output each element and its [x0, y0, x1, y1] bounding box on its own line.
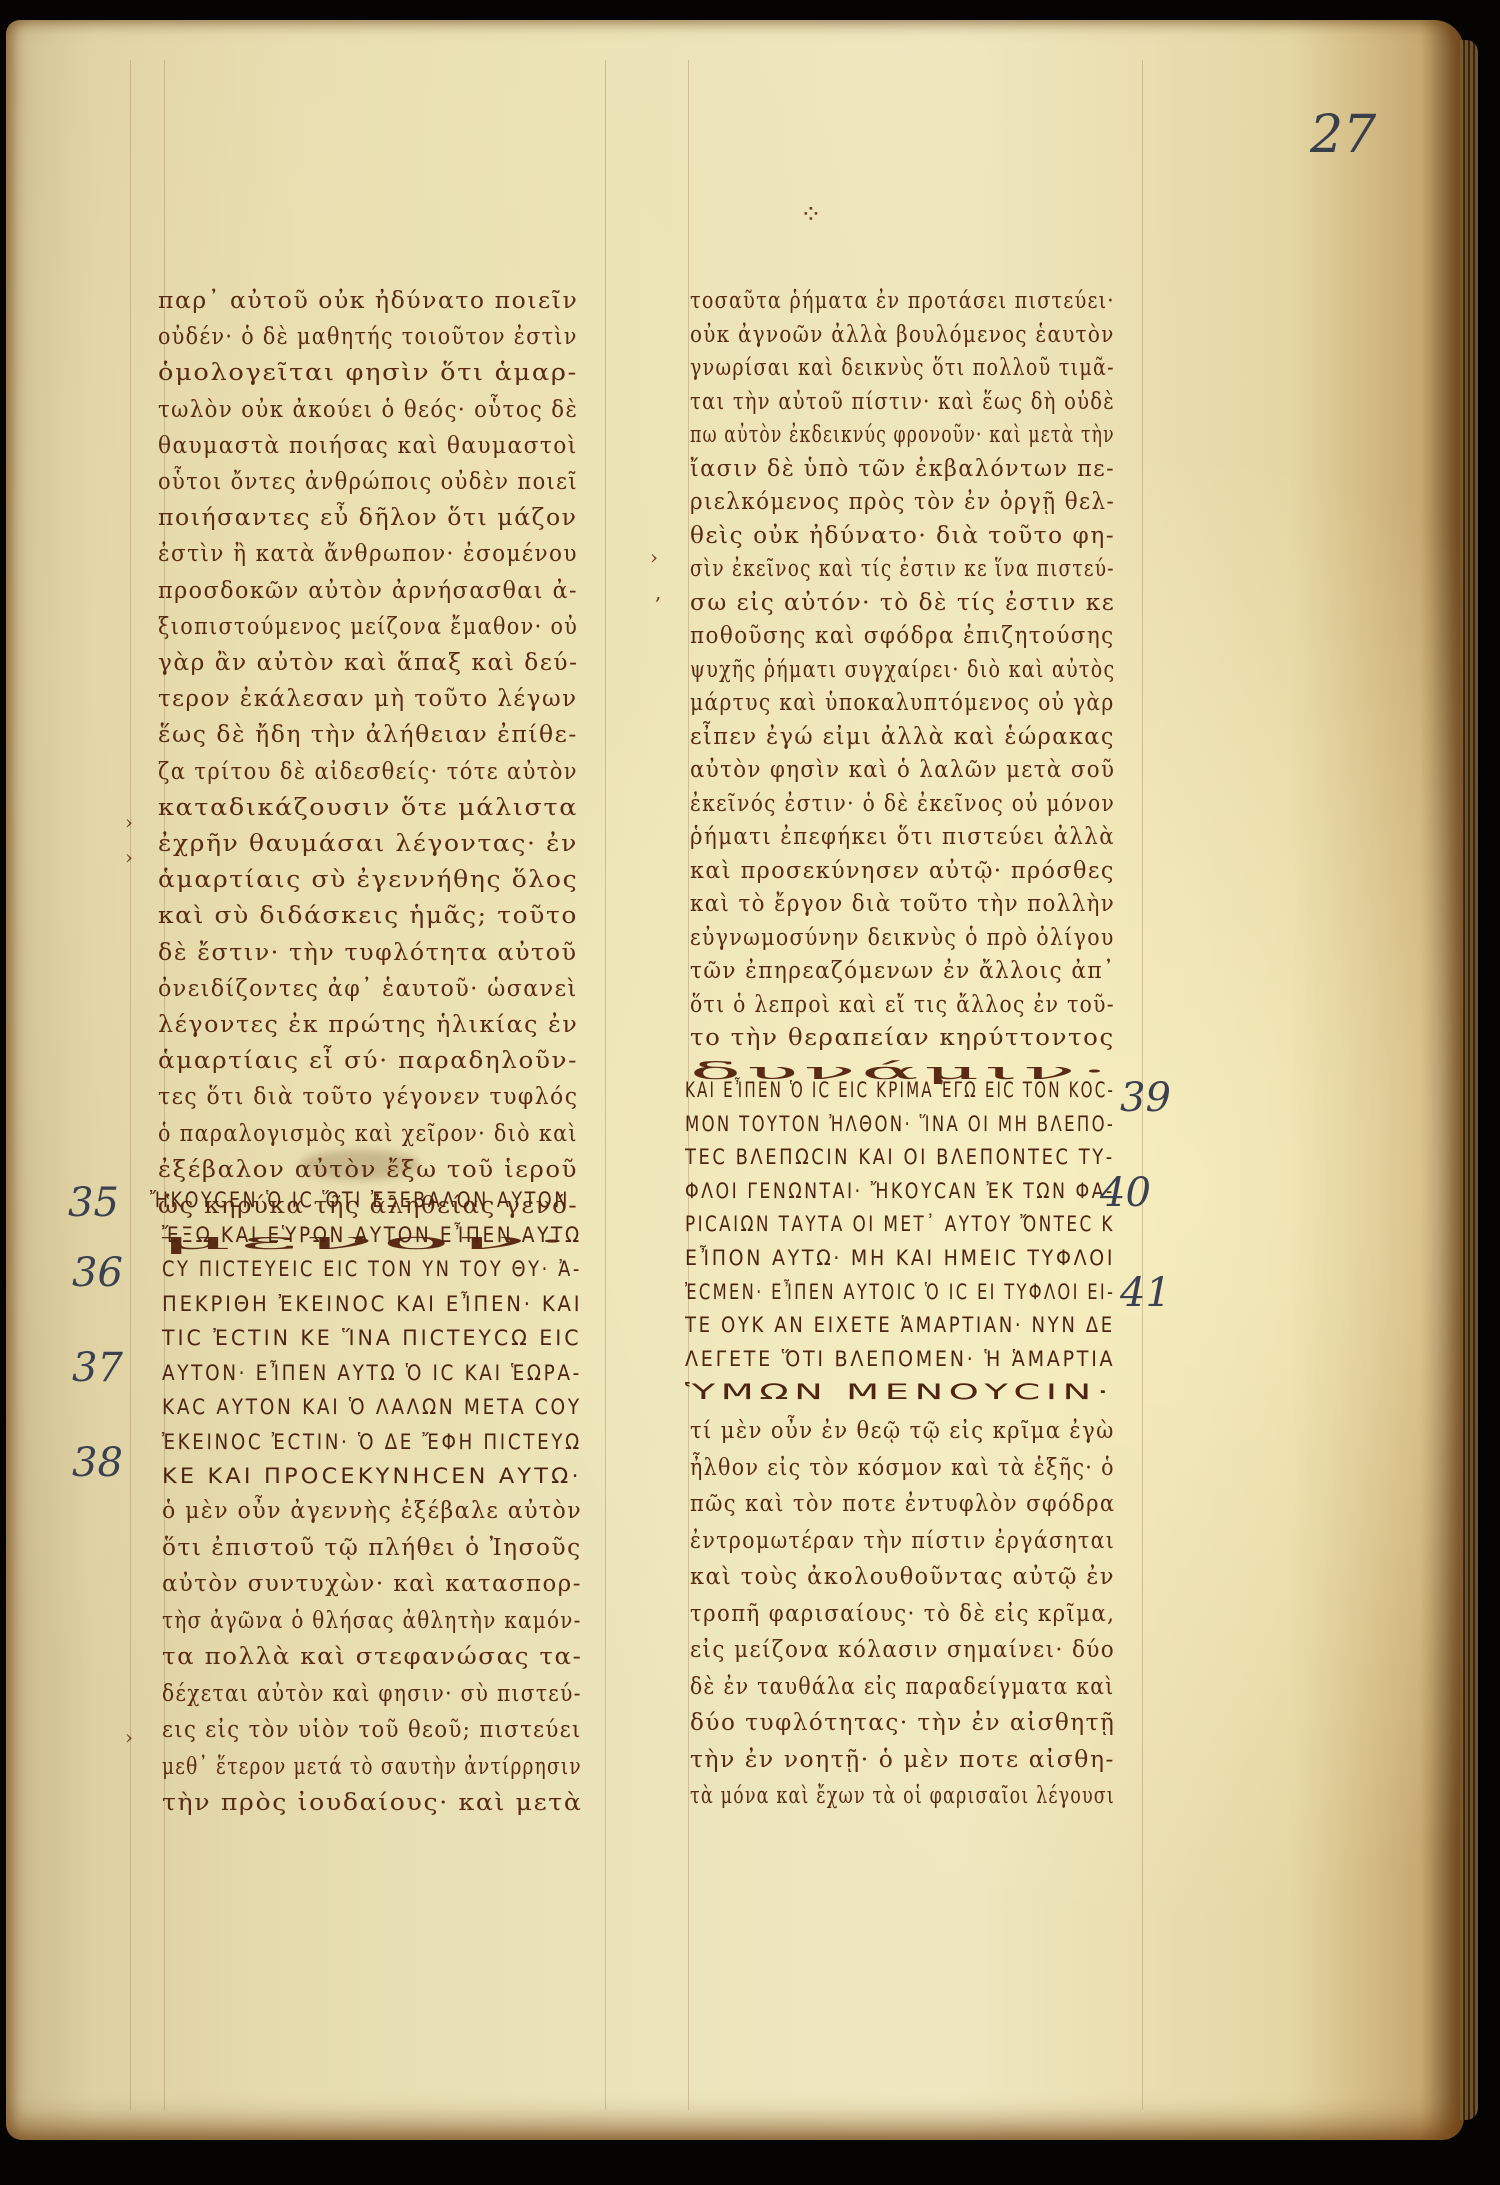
gospel-lemma-line: ΤΕϹ ΒΛΕΠΩϹΙΝ ΚΑΙ ΟΙ ΒΛΕΠΟΝΤΕϹ ΤΥ-: [685, 1147, 1115, 1168]
commentary-line: ὁμολογεῖται φησὶν ὅτι ἁμαρ-: [158, 362, 578, 385]
commentary-line: ἦλθον εἰς τὸν κόσμον καὶ τὰ ἑξῆς· ὁ: [690, 1457, 1115, 1480]
gospel-lemma-line: ΛΕΓΕΤΕ ὍΤΙ ΒΛΕΠΟΜΕΝ· Ἡ ἉΜΑΡΤΙΑ: [685, 1349, 1115, 1370]
gospel-lemma-line: ΚΑΙ ΕἾΠΕΝ Ὁ ΙϹ ΕΙϹ ΚΡΙΜΑ ἘΓΩ ΕΙϹ ΤΟΝ ΚΟϹ…: [685, 1080, 1115, 1101]
gospel-lemma-line: ἬΚΟΥϹΕΝ Ὁ ΙϹ ὍΤΙ ἘΞΕΒΑΛΟΝ ΑΥΤΟΝ: [150, 1190, 570, 1211]
commentary-line: πω αὐτὸν ἐκδεικνύς φρονοῦν· καὶ μετὰ τὴν: [690, 424, 1115, 447]
commentary-line: ἕως δὲ ἤδη τὴν ἀλήθειαν ἐπίθε-: [158, 724, 578, 747]
quotation-mark: ›: [125, 1725, 133, 1749]
commentary-line: τωλὸν οὐκ ἀκούει ὁ θεός· οὗτος δὲ: [158, 399, 578, 422]
commentary-line: αὐτὸν φησὶν καὶ ὁ λαλῶν μετὰ σοῦ: [690, 759, 1115, 782]
commentary-line: τί μὲν οὖν ἐν θεῷ τῷ εἰς κρῖμα ἐγὼ: [690, 1420, 1115, 1443]
commentary-line: καὶ τὸ ἔργον διὰ τοῦτο τὴν πολλὴν: [690, 893, 1115, 916]
page-edges: [1460, 40, 1478, 2120]
commentary-line: πῶς καὶ τὸν ποτε ἐντυφλὸν σφόδρα: [690, 1493, 1115, 1516]
commentary-line: ἐχρῆν θαυμάσαι λέγοντας· ἐν: [158, 833, 578, 856]
gospel-lemma-line: ἜΞΩ ΚΑΙ ΕὙΡΩΝ ΑΥΤΟΝ ΕἾΠΕΝ ΑΥΤΩ: [162, 1225, 582, 1246]
commentary-line: ται τὴν αὐτοῦ πίστιν· καὶ ἕως δὴ οὐδὲ: [690, 391, 1115, 414]
gospel-lemma-line: ὙΜΩΝ ΜΕΝΟΥϹΙΝ·: [685, 1382, 1114, 1403]
commentary-line: ἁμαρτίαις εἶ σύ· παραδηλοῦν-: [158, 1050, 578, 1073]
commentary-line: ἐξέβαλον αὐτὸν ἔξω τοῦ ἱεροῦ: [158, 1159, 578, 1182]
gospel-lemma-line: ΤΙϹ ἘϹΤΙΝ ΚΕ ἽΝΑ ΠΙϹΤΕΥϹΩ ΕΙϹ: [162, 1328, 582, 1349]
commentary-line: ξιοπιστούμενος μείζονα ἔμαθον· οὐ: [158, 616, 578, 639]
gospel-lemma-line: ϹΥ ΠΙϹΤΕΥΕΙϹ ΕΙϹ ΤΟΝ ΥΝ ΤΟΥ ΘΥ· Ἀ-: [162, 1259, 582, 1280]
gospel-lemma-line: ΜΟΝ ΤΟΥΤΟΝ ἨΛΘΟΝ· ἽΝΑ ΟΙ ΜΗ ΒΛΕΠΟ-: [685, 1114, 1115, 1135]
commentary-line: ὅτι ὁ λεπροὶ καὶ εἴ τις ἄλλος ἐν τοῦ-: [690, 994, 1115, 1017]
commentary-line: ἐστὶν ἢ κατὰ ἄνθρωπον· ἐσομένου: [158, 543, 578, 566]
commentary-line: οὐκ ἀγνοῶν ἀλλὰ βουλόμενος ἑαυτὸν: [690, 324, 1115, 347]
commentary-line: σὶν ἐκεῖνος καὶ τίς ἐστιν κε ἵνα πιστεύ-: [690, 558, 1115, 581]
commentary-line: τῶν ἐπηρεαζόμενων ἐν ἄλλοις ἀπ᾽: [690, 960, 1115, 983]
commentary-line: καταδικάζουσιν ὅτε μάλιστα: [158, 797, 578, 820]
commentary-line: εἰς μείζονα κόλασιν σημαίνει· δύο: [690, 1639, 1115, 1662]
commentary-line: ὅτι ἐπιστοῦ τῷ πλήθει ὁ Ἰησοῦς: [162, 1537, 582, 1560]
verse-number-35: 35: [68, 1180, 119, 1226]
commentary-line: ἴασιν δὲ ὑπὸ τῶν ἐκβαλόντων πε-: [690, 458, 1115, 481]
ruling-line: [130, 60, 131, 2110]
commentary-line: παρ᾽ αὐτοῦ οὐκ ἠδύνατο ποιεῖν: [158, 290, 578, 313]
gospel-lemma-line: ΡΙϹΑΙΩΝ ΤΑΥΤΑ ΟΙ ΜΕΤ᾽ ΑΥΤΟΥ ὌΝΤΕϹ Κ: [685, 1214, 1115, 1235]
commentary-line: ριελκόμενος πρὸς τὸν ἐν ὀργῇ θελ-: [690, 491, 1115, 514]
ornament-mark: ⁘: [800, 200, 822, 230]
verse-number-37: 37: [72, 1345, 123, 1391]
commentary-line: ῥήματι ἐπεφήκει ὅτι πιστεύει ἀλλὰ: [690, 826, 1115, 849]
commentary-line: τερον ἐκάλεσαν μὴ τοῦτο λέγων: [158, 688, 578, 711]
commentary-line: καὶ σὺ διδάσκεις ἡμᾶς; τοῦτο: [158, 905, 578, 928]
ruling-line: [605, 60, 606, 2110]
gospel-lemma-line: ἘΚΕΙΝΟϹ ἘϹΤΙΝ· Ὁ ΔΕ ἜΦΗ ΠΙϹΤΕΥΩ: [162, 1432, 582, 1453]
commentary-line: δέχεται αὐτὸν καὶ φησιν· σὺ πιστεύ-: [162, 1683, 582, 1706]
commentary-line: ποιήσαντες εὖ δῆλον ὅτι μάζον: [158, 507, 578, 530]
commentary-line: τες ὅτι διὰ τοῦτο γέγονεν τυφλός: [158, 1086, 578, 1109]
commentary-line: ἐκεῖνός ἐστιν· ὁ δὲ ἐκεῖνος οὐ μόνον: [690, 793, 1115, 816]
commentary-line: εἶπεν ἐγώ εἰμι ἀλλὰ καὶ ἑώρακας: [690, 726, 1115, 749]
commentary-line: ἁμαρτίαις σὺ ἐγεννήθης ὅλος: [158, 869, 578, 892]
commentary-line: ποθοῦσης καὶ σφόδρα ἐπιζητούσης: [690, 625, 1115, 648]
gospel-lemma-line: ΚΕ ΚΑΙ ΠΡΟϹΕΚΥΝΗϹΕΝ ΑΥΤΩ·: [162, 1466, 582, 1487]
commentary-line: σω εἰς αὐτόν· τὸ δὲ τίς ἐστιν κε: [690, 592, 1115, 615]
verse-number-40: 40: [1100, 1170, 1151, 1216]
commentary-line: τὰ μόνα καὶ ἔχων τὰ οἱ φαρισαῖοι λέγουσι: [690, 1785, 1115, 1808]
verse-number-38: 38: [72, 1440, 123, 1486]
commentary-line: δύο τυφλότητας· τὴν ἐν αἰσθητῇ: [690, 1712, 1115, 1735]
gospel-lemma-line: ΚΑϹ ΑΥΤΟΝ ΚΑΙ Ὁ ΛΑΛΩΝ ΜΕΤΑ ϹΟΥ: [162, 1397, 582, 1418]
commentary-line: τροπῆ φαρισαίους· τὸ δὲ εἰς κρῖμα,: [690, 1603, 1115, 1626]
commentary-line: θαυμαστὰ ποιήσας καὶ θαυμαστοὶ: [158, 435, 578, 458]
commentary-line: το τὴν θεραπείαν κηρύττοντος: [690, 1027, 1115, 1050]
commentary-line: ὁ μὲν οὖν ἀγεννὴς ἐξέβαλε αὐτὸν: [162, 1500, 582, 1523]
quotation-mark: ,: [655, 580, 661, 604]
commentary-line: καὶ τοὺς ἀκολουθοῦντας αὐτῷ ἐν: [690, 1566, 1115, 1589]
gospel-lemma-line: ΠΕΚΡΙΘΗ ἘΚΕΙΝΟϹ ΚΑΙ ΕἾΠΕΝ· ΚΑΙ: [162, 1294, 582, 1315]
commentary-line: ὀνειδίζοντες ἀφ᾽ ἑαυτοῦ· ὡσανεὶ: [158, 978, 578, 1001]
commentary-line: δὲ ἔστιν· τὴν τυφλότητα αὐτοῦ: [158, 942, 578, 965]
commentary-line: ἐντρομωτέραν τὴν πίστιν ἐργάσηται: [690, 1530, 1115, 1553]
commentary-line: μεθ᾽ ἕτερον μετά τὸ σαυτὴν ἀντίρρησιν: [162, 1756, 582, 1779]
commentary-line: οὐδέν· ὁ δὲ μαθητής τοιοῦτον ἐστὶν: [158, 326, 578, 349]
commentary-line: ζα τρίτου δὲ αἰδεσθείς· τότε αὐτὸν: [158, 761, 578, 784]
commentary-line: θεὶς οὐκ ἠδύνατο· διὰ τοῦτο φη-: [690, 525, 1115, 548]
gospel-lemma-line: ΦΛΟΙ ΓΕΝΩΝΤΑΙ· ἬΚΟΥϹΑΝ ἘΚ ΤΩΝ ΦΑ-: [685, 1181, 1115, 1202]
commentary-line: ψυχῆς ῥήματι συγχαίρει· διὸ καὶ αὐτὸς: [690, 659, 1115, 682]
verse-number-36: 36: [72, 1250, 123, 1296]
gospel-lemma-line: ΤΕ ΟΥΚ ΑΝ ΕΙΧΕΤΕ ἉΜΑΡΤΙΑΝ· ΝΥΝ ΔΕ: [685, 1315, 1115, 1336]
verse-number-39: 39: [1120, 1075, 1171, 1121]
commentary-line: εὐγνωμοσύνην δεικνὺς ὁ πρὸ ὀλίγου: [690, 927, 1115, 950]
gospel-lemma-line: ΕἾΠΟΝ ΑΥΤΩ· ΜΗ ΚΑΙ ΗΜΕΙϹ ΤΥΦΛΟΙ: [685, 1248, 1115, 1269]
gospel-lemma-line: ἘϹΜΕΝ· ΕἾΠΕΝ ΑΥΤΟΙϹ Ὁ ΙϹ ΕΙ ΤΥΦΛΟΙ ΕΙ-: [685, 1282, 1115, 1303]
verse-number-41: 41: [1120, 1270, 1171, 1316]
commentary-line: τα πολλὰ καὶ στεφανώσας τα-: [162, 1646, 582, 1669]
commentary-line: τὴσ ἀγῶνα ὁ θλήσας ἀθλητὴν καμόν-: [162, 1610, 582, 1633]
quotation-mark: ›: [650, 545, 658, 569]
commentary-line: δὲ ἐν ταυθάλα εἰς παραδείγματα καὶ: [690, 1676, 1115, 1699]
commentary-line: τὴν ἐν νοητῇ· ὁ μὲν ποτε αἰσθη-: [690, 1749, 1115, 1772]
quotation-mark: ›: [125, 845, 133, 869]
commentary-line: λέγοντες ἐκ πρώτης ἡλικίας ἐν: [158, 1014, 578, 1037]
commentary-line: προσδοκῶν αὐτὸν ἀρνήσασθαι ἀ-: [158, 580, 578, 603]
commentary-line: τοσαῦτα ῥήματα ἐν προτάσει πιστεύει·: [690, 290, 1115, 313]
commentary-line: οὗτοι ὄντες ἀνθρώποις οὐδὲν ποιεῖ: [158, 471, 578, 494]
commentary-line: καὶ προσεκύνησεν αὐτῷ· πρόσθες: [690, 860, 1115, 883]
gospel-lemma-line: ΑΥΤΟΝ· ΕἾΠΕΝ ΑΥΤΩ Ὁ ΙϹ ΚΑΙ ἙΩΡΑ-: [162, 1363, 582, 1384]
commentary-line: αὐτὸν συντυχὼν· καὶ κατασπορ-: [162, 1573, 582, 1596]
quotation-mark: ›: [125, 810, 133, 834]
commentary-line: μάρτυς καὶ ὑποκαλυπτόμενος οὐ γὰρ: [690, 692, 1115, 715]
commentary-line: τὴν πρὸς ἰουδαίους· καὶ μετὰ: [162, 1792, 582, 1815]
commentary-line: εις εἰς τὸν υἱὸν τοῦ θεοῦ; πιστεύει: [162, 1719, 582, 1742]
commentary-line: γνωρίσαι καὶ δεικνὺς ὅτι πολλοῦ τιμᾶ-: [690, 357, 1115, 380]
commentary-line: γὰρ ἂν αὐτὸν καὶ ἅπαξ καὶ δεύ-: [158, 652, 578, 675]
folio-number: 27: [1310, 105, 1376, 165]
commentary-line: ὁ παραλογισμὸς καὶ χεῖρον· διὸ καὶ: [158, 1123, 578, 1146]
